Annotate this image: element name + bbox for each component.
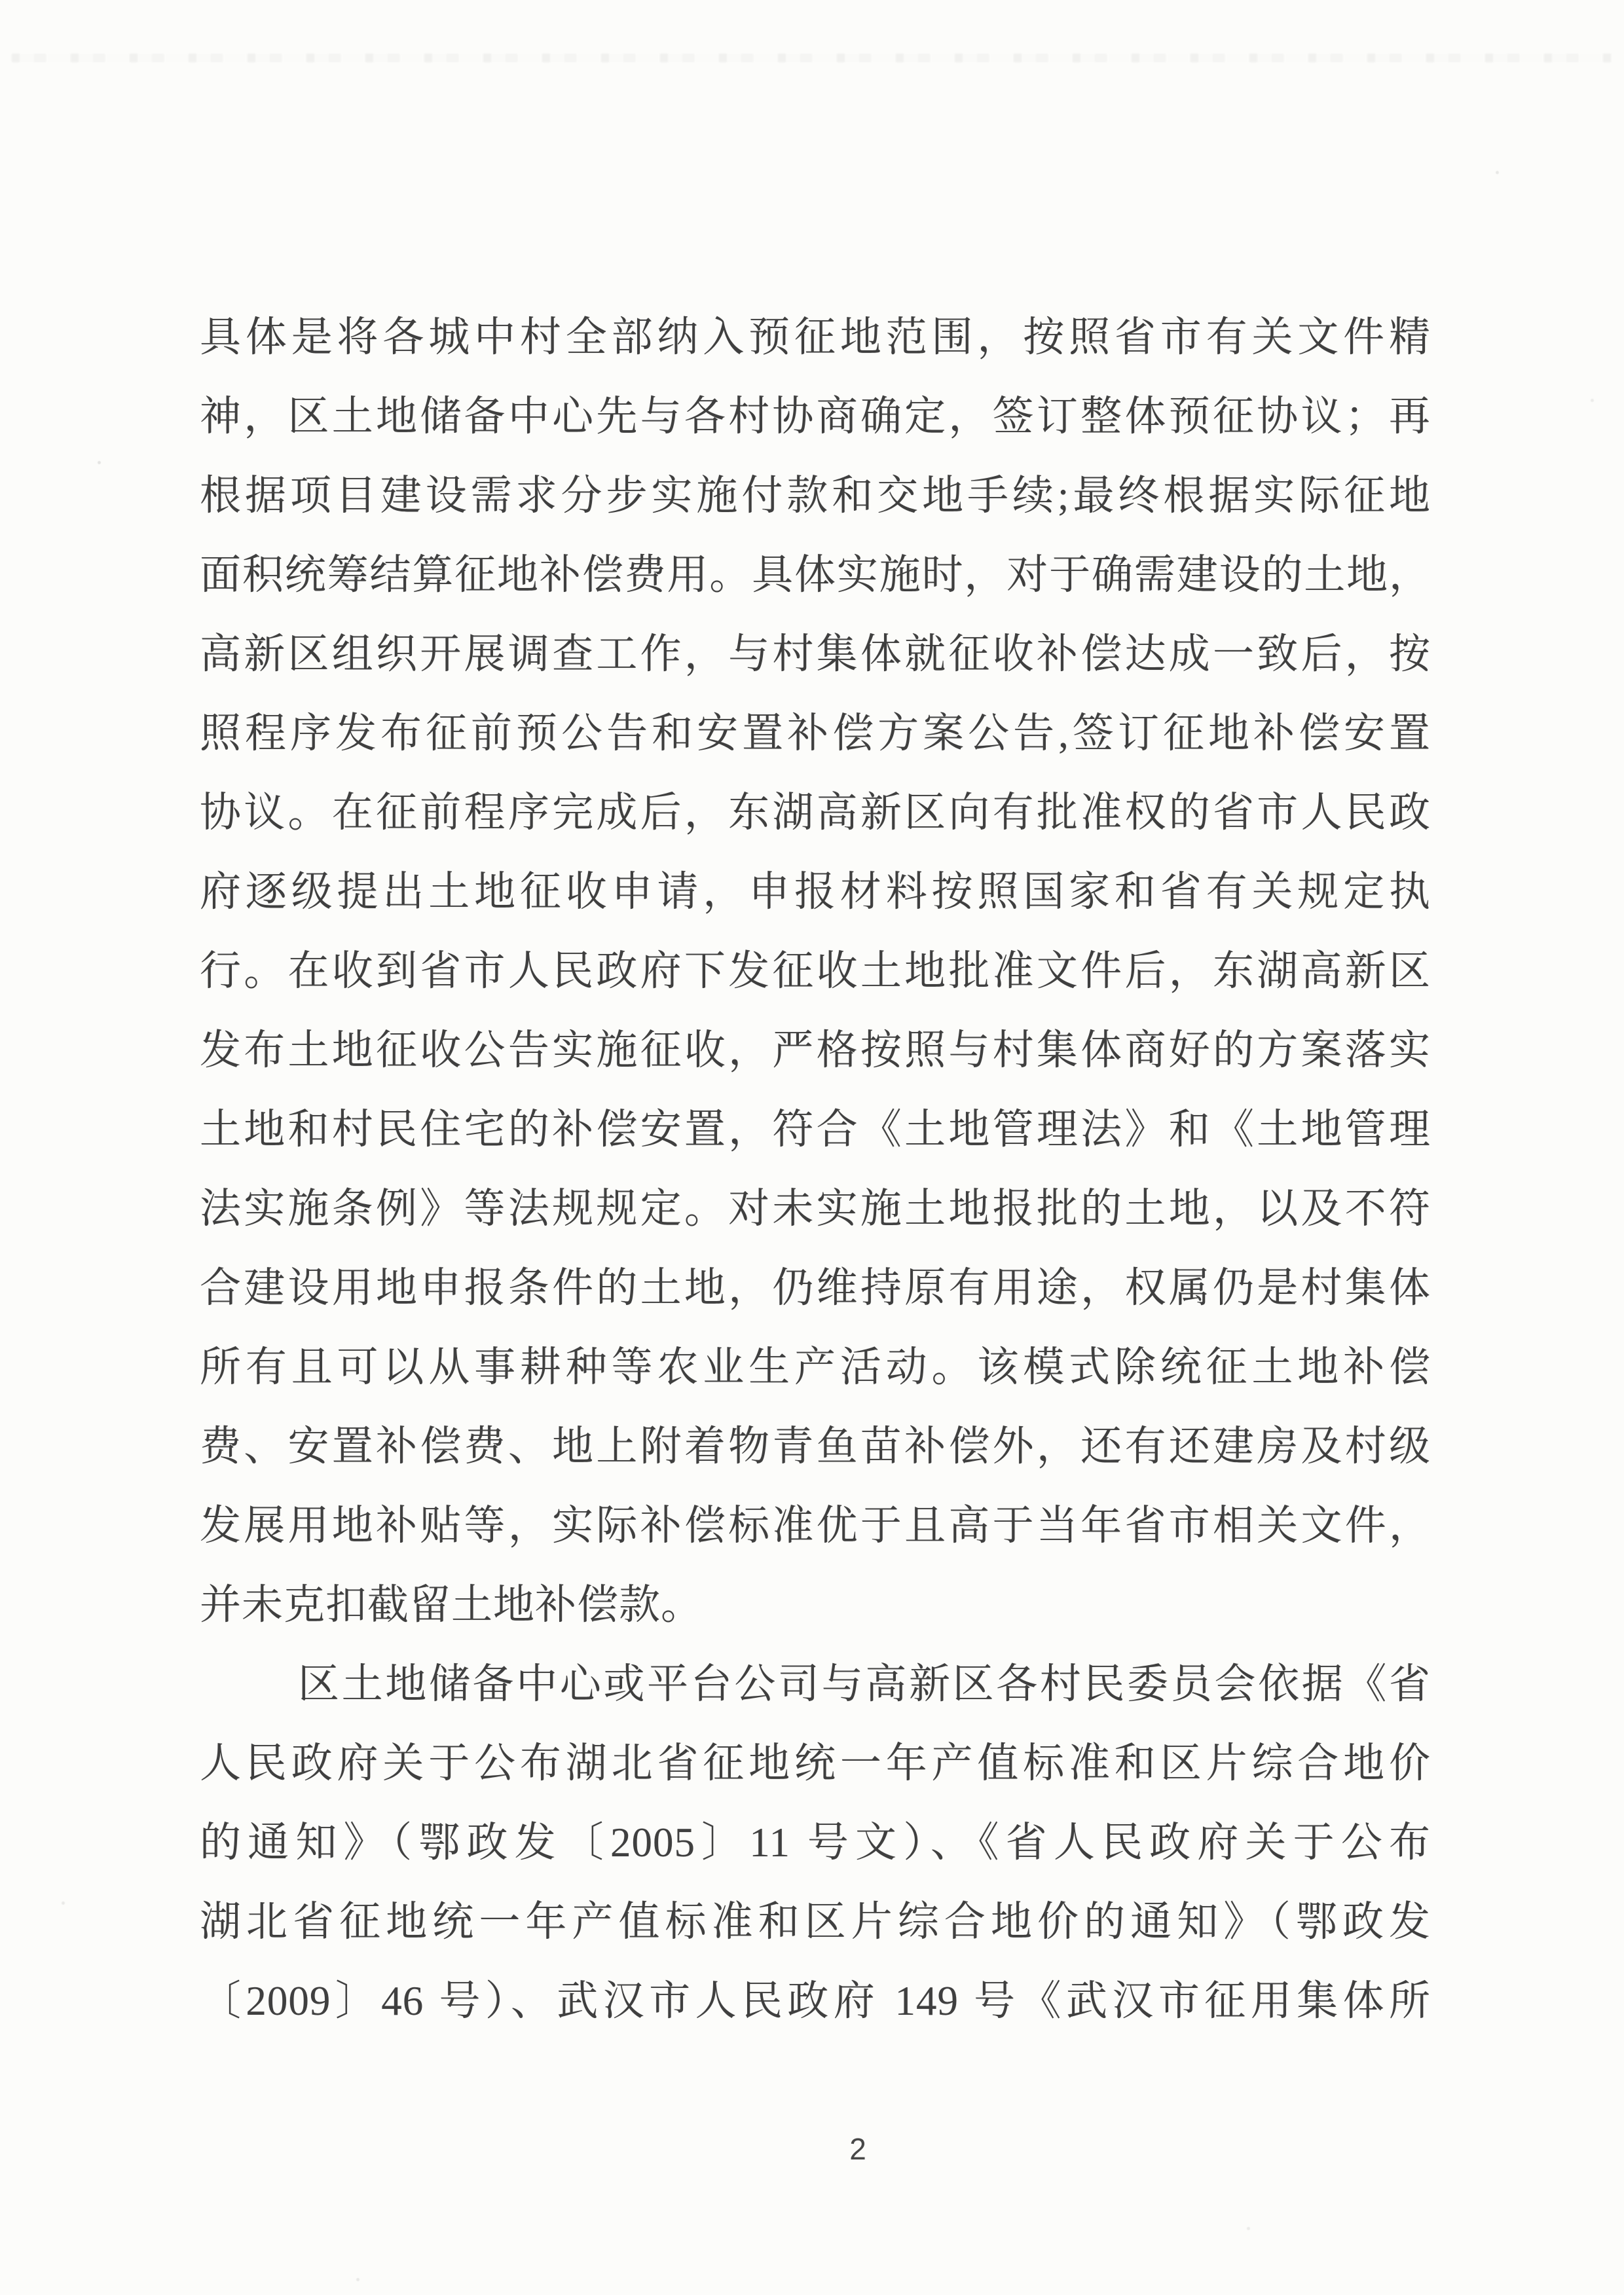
text-line: 合建设用地申报条件的土地，仍维持原有用途，权属仍是村集体 [200, 1249, 1431, 1328]
text-line: 府逐级提出土地征收申请，申报材料按照国家和省有关规定执 [200, 853, 1431, 932]
text-line: 土地和村民住宅的补偿安置，符合《土地管理法》和《土地管理 [200, 1090, 1431, 1169]
text-line-paragraph-start: 区土地储备中心或平台公司与高新区各村民委员会依据《省 [200, 1645, 1431, 1724]
text-line: 的通知》（鄂政发〔2005〕11 号文）、《省人民政府关于公布 [200, 1803, 1431, 1882]
page-number: 2 [0, 2129, 1624, 2169]
text-line: 面积统筹结算征地补偿费用。具体实施时，对于确需建设的土地， [200, 536, 1431, 615]
text-line: 根据项目建设需求分步实施付款和交地手续;最终根据实际征地 [200, 456, 1431, 536]
body-text: 具体是将各城中村全部纳入预征地范围，按照省市有关文件精 神，区土地储备中心先与各… [200, 298, 1431, 2041]
text-line: 神，区土地储备中心先与各村协商确定，签订整体预征协议；再 [200, 377, 1431, 456]
text-line: 所有且可以从事耕种等农业生产活动。该模式除统征土地补偿 [200, 1328, 1431, 1407]
text-line: 发布土地征收公告实施征收，严格按照与村集体商好的方案落实 [200, 1011, 1431, 1090]
text-line: 人民政府关于公布湖北省征地统一年产值标准和区片综合地价 [200, 1724, 1431, 1803]
scan-artifact-specks [0, 0, 2, 2]
text-line: 法实施条例》等法规规定。对未实施土地报批的土地，以及不符 [200, 1169, 1431, 1249]
text-line: 高新区组织开展调查工作，与村集体就征收补偿达成一致后，按 [200, 615, 1431, 694]
text-line-paragraph-end: 并未克扣截留土地补偿款。 [200, 1566, 1431, 1645]
text-line: 湖北省征地统一年产值标准和区片综合地价的通知》（鄂政发 [200, 1882, 1431, 1962]
text-line: 〔2009〕46 号）、武汉市人民政府 149 号《武汉市征用集体所 [200, 1962, 1431, 2041]
text-line: 具体是将各城中村全部纳入预征地范围，按照省市有关文件精 [200, 298, 1431, 377]
text-line: 照程序发布征前预公告和安置补偿方案公告,签订征地补偿安置 [200, 694, 1431, 773]
scan-artifact-band [12, 54, 1612, 62]
document-page: 具体是将各城中村全部纳入预征地范围，按照省市有关文件精 神，区土地储备中心先与各… [0, 0, 1624, 2295]
text-line: 费、安置补偿费、地上附着物青鱼苗补偿外，还有还建房及村级 [200, 1407, 1431, 1486]
text-line: 协议。在征前程序完成后，东湖高新区向有批准权的省市人民政 [200, 773, 1431, 853]
text-line: 行。在收到省市人民政府下发征收土地批准文件后，东湖高新区 [200, 932, 1431, 1011]
text-line: 发展用地补贴等，实际补偿标准优于且高于当年省市相关文件， [200, 1486, 1431, 1566]
